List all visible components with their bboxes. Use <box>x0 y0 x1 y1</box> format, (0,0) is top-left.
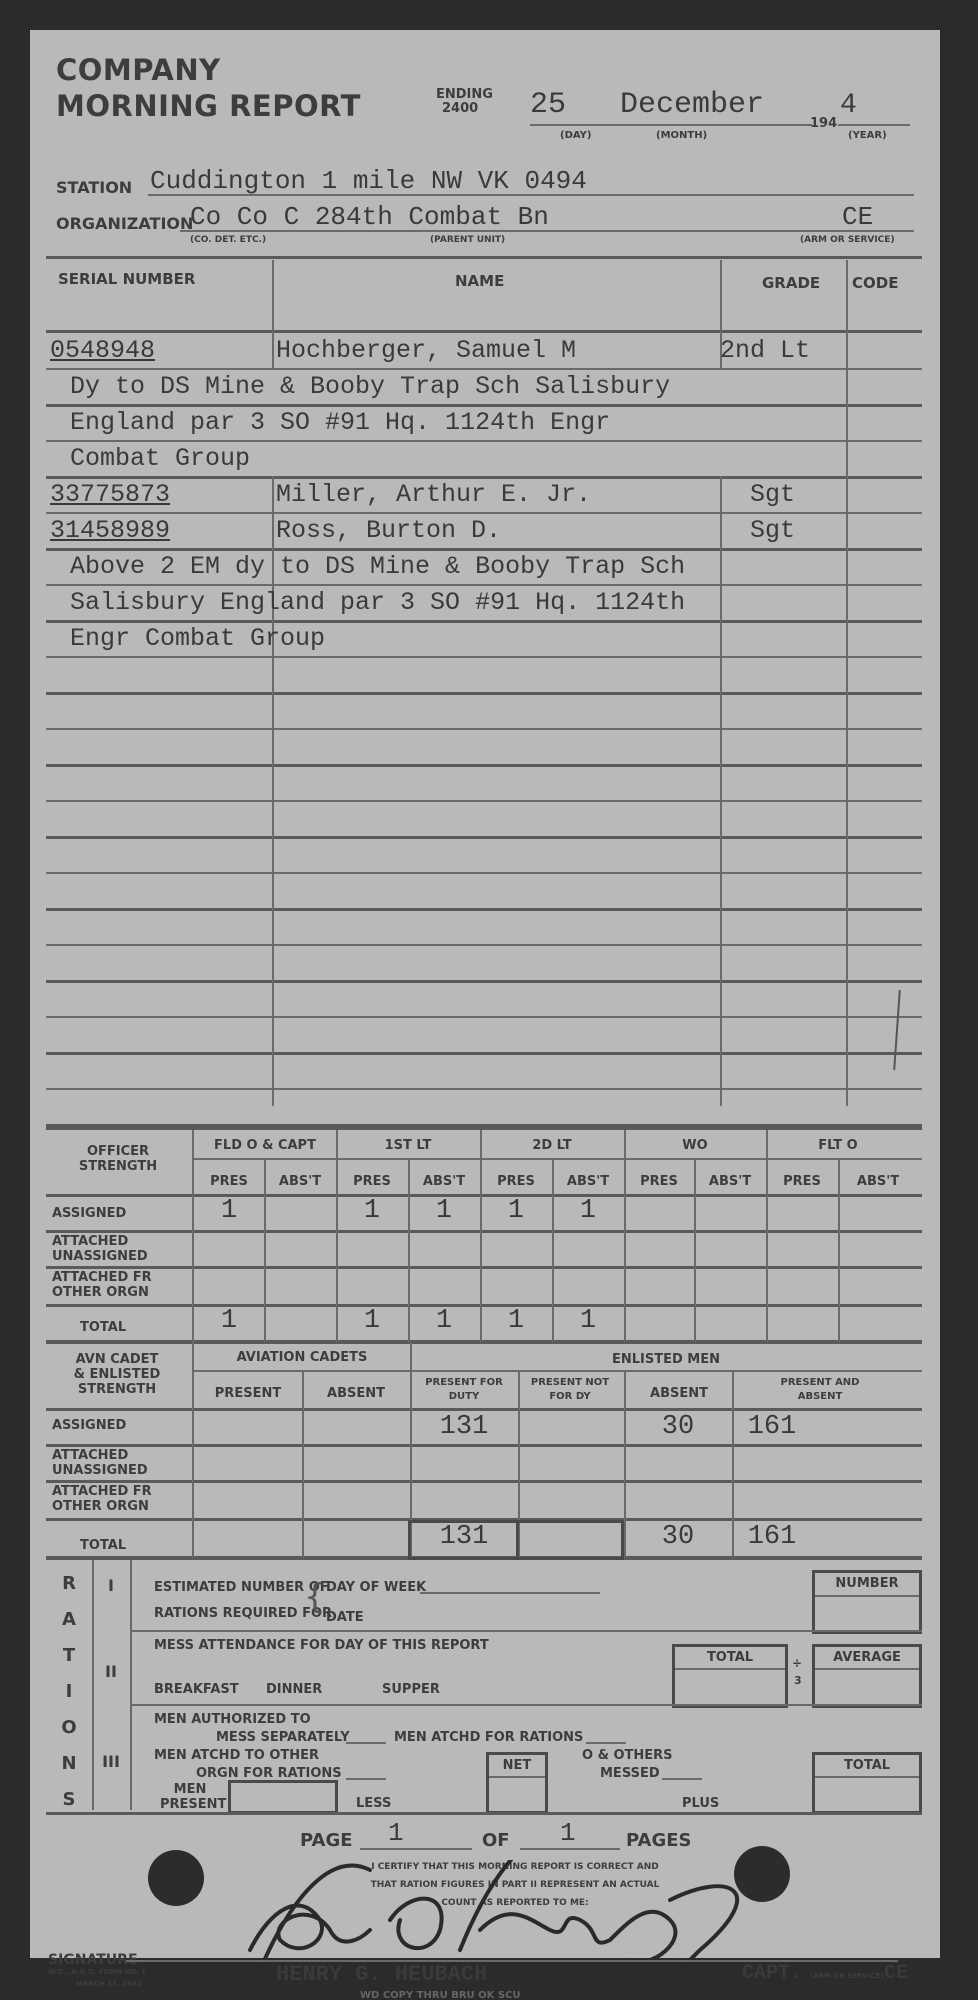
supper-label: SUPPER <box>382 1682 440 1697</box>
soldier-name: Miller, Arthur E. Jr. <box>276 480 591 509</box>
number-label: NUMBER <box>815 1576 919 1591</box>
sub-present-not-for-dy: PRESENT NOT FOR DY <box>520 1376 620 1404</box>
roster-top-border <box>46 256 922 259</box>
page-label: PAGE <box>300 1830 353 1851</box>
officer-cell: 1 <box>336 1196 408 1226</box>
enlisted-absent: 30 <box>624 1412 732 1442</box>
signer-grade: CAPT. <box>742 1962 802 1985</box>
officer-cell: 1 <box>408 1306 480 1336</box>
morning-report-form: COMPANY MORNING REPORT ENDING 2400 25 De… <box>30 30 940 1958</box>
punch-hole <box>148 1850 204 1906</box>
group-fld-o-capt: FLD O & CAPT <box>194 1138 336 1153</box>
station-label: STATION <box>56 178 132 197</box>
report-year: 4 <box>840 90 857 121</box>
day-of-week-field[interactable] <box>420 1592 600 1594</box>
col-grade: GRADE <box>762 274 820 292</box>
organization-label: ORGANIZATION <box>56 214 193 233</box>
remark-line: England par 3 SO #91 Hq. 1124th Engr <box>70 408 610 437</box>
enlisted-total-present-for-duty: 131 <box>410 1522 518 1552</box>
officer-cell: 1 <box>552 1196 624 1226</box>
soldier-name: Ross, Burton D. <box>276 516 501 545</box>
row-line <box>46 512 922 514</box>
row-line <box>46 1088 922 1090</box>
row-line <box>46 980 922 983</box>
caption-parent-unit: (PARENT UNIT) <box>430 235 505 245</box>
station-underline <box>148 194 914 196</box>
row-line <box>46 404 922 407</box>
report-month: December <box>620 88 764 122</box>
mess-separately-label: MESS SEPARATELY <box>216 1730 350 1745</box>
day-of-week-label: DAY OF WEEK <box>326 1580 426 1595</box>
row-line <box>46 944 922 946</box>
month-caption: (MONTH) <box>656 130 707 141</box>
mess-attendance-label: MESS ATTENDANCE FOR DAY OF THIS REPORT <box>154 1638 489 1653</box>
less-label: LESS <box>356 1796 391 1811</box>
sub-absent: ABSENT <box>626 1386 732 1401</box>
group-wo: WO <box>624 1138 766 1153</box>
men-atchd-other-label: MEN ATCHD TO OTHER <box>154 1748 319 1763</box>
page-total: 1 <box>560 1818 576 1848</box>
col-divider <box>846 260 848 330</box>
sub-pres: PRES <box>336 1174 408 1189</box>
rations-side-label: R A T I O N S <box>46 1566 92 1818</box>
remark-line: Above 2 EM dy to DS Mine & Booby Trap Sc… <box>70 552 685 581</box>
caption-arm: (ARM OR SERVICE) <box>800 235 895 245</box>
date-underline <box>530 124 812 126</box>
letter: O <box>46 1710 92 1746</box>
title-line: STRENGTH <box>68 1159 168 1174</box>
label-line: PRESENT <box>160 1797 220 1812</box>
enlisted-present-and-absent: 161 <box>732 1412 812 1442</box>
men-authorized-label: MEN AUTHORIZED TO <box>154 1712 311 1727</box>
brace-icon: { <box>304 1572 326 1622</box>
signer-name: HENRY G. HEUBACH <box>276 1962 487 1987</box>
officer-strength-title: OFFICER STRENGTH <box>68 1144 168 1174</box>
letter: N <box>46 1746 92 1782</box>
soldier-grade: Sgt <box>750 480 795 509</box>
ending-text: ENDING <box>436 88 493 102</box>
date-label: DATE <box>326 1610 364 1625</box>
divide-icon: ÷ <box>792 1656 802 1670</box>
arm-caption: (ARM OR SERVICE) <box>810 1972 884 1980</box>
mess-total-label: TOTAL <box>675 1650 785 1665</box>
ending-time: 2400 <box>436 102 493 116</box>
col-divider <box>272 260 274 330</box>
signer-arm: CE <box>884 1962 908 1985</box>
row-line <box>46 548 922 551</box>
soldier-name: Hochberger, Samuel M <box>276 336 576 365</box>
row-label-total: TOTAL <box>80 1320 126 1335</box>
men-atchd-for-rations-label: MEN ATCHD FOR RATIONS <box>394 1730 583 1745</box>
row-line <box>46 728 922 730</box>
sub-abst: ABS'T <box>264 1174 336 1189</box>
signature-label: SIGNATURE <box>48 1952 138 1968</box>
col-code: CODE <box>852 274 898 292</box>
organization-underline <box>180 230 914 232</box>
officer-cell: 1 <box>194 1196 264 1226</box>
row-line <box>46 368 922 370</box>
row-line <box>46 908 922 911</box>
divide-by: 3 <box>794 1674 802 1687</box>
row-label-assigned: ASSIGNED <box>52 1418 126 1433</box>
year-underline <box>838 124 910 126</box>
row-label-total: TOTAL <box>80 1538 126 1553</box>
officer-cell: 1 <box>552 1306 624 1336</box>
officer-cell: 1 <box>336 1306 408 1336</box>
col-divider <box>720 260 722 330</box>
sub-pres: PRES <box>194 1174 264 1189</box>
officer-cell: 1 <box>480 1306 552 1336</box>
row-line <box>46 476 922 479</box>
col-serial-number: SERIAL NUMBER <box>58 270 195 288</box>
mess-separately-field[interactable] <box>346 1742 386 1744</box>
letter: A <box>46 1602 92 1638</box>
remark-line: Salisbury England par 3 SO #91 Hq. 1124t… <box>70 588 685 617</box>
station-value: Cuddington 1 mile NW VK 0494 <box>150 166 587 196</box>
row-line <box>46 764 922 767</box>
form-title-morning-report: MORNING REPORT <box>56 90 361 122</box>
men-atchd-for-rations-field[interactable] <box>586 1742 626 1744</box>
net-label: NET <box>489 1758 545 1773</box>
year-prefix: 194 <box>810 116 837 131</box>
messed-label: MESSED <box>600 1766 660 1781</box>
sub-present-for-duty: PRESENT FOR DUTY <box>414 1376 514 1404</box>
o-others-label: O & OTHERS <box>582 1748 673 1763</box>
average-label: AVERAGE <box>815 1650 919 1665</box>
soldier-grade: Sgt <box>750 516 795 545</box>
row-line <box>46 620 922 623</box>
sub-pres: PRES <box>480 1174 552 1189</box>
soldier-grade: 2nd Lt <box>720 336 810 365</box>
letter: I <box>46 1674 92 1710</box>
enlisted-present-for-duty: 131 <box>410 1412 518 1442</box>
row-label-attached-fr-other: ATTACHED FR OTHER ORGN <box>52 1270 182 1300</box>
title-line: STRENGTH <box>52 1382 182 1397</box>
of-label: OF <box>482 1830 510 1851</box>
section-i-numeral: I <box>92 1576 130 1595</box>
breakfast-label: BREAKFAST <box>154 1682 239 1697</box>
sub-abst: ABS'T <box>552 1174 624 1189</box>
form-date: MARCH 15, 1943 <box>76 1980 142 1988</box>
report-day: 25 <box>530 88 566 122</box>
title-line: AVN CADET <box>52 1352 182 1367</box>
officer-cell: 1 <box>408 1196 480 1226</box>
page-number: 1 <box>388 1818 404 1848</box>
o-others-messed-field[interactable] <box>662 1778 702 1780</box>
group-aviation-cadets: AVIATION CADETS <box>194 1350 410 1365</box>
sub-pres: PRES <box>766 1174 838 1189</box>
serial-number: 31458989 <box>50 516 170 545</box>
enlisted-total-absent: 30 <box>624 1522 732 1552</box>
day-caption: (DAY) <box>560 130 591 141</box>
officer-cell: 1 <box>194 1306 264 1336</box>
row-line <box>46 656 922 658</box>
men-present-box[interactable] <box>228 1780 338 1814</box>
label-line: MEN <box>160 1782 220 1797</box>
letter: T <box>46 1638 92 1674</box>
caption-co: (CO. DET. ETC.) <box>190 235 266 245</box>
letter: R <box>46 1566 92 1602</box>
men-present-label: MEN PRESENT <box>160 1782 220 1812</box>
row-line <box>46 1052 922 1055</box>
year-caption: (YEAR) <box>848 130 887 141</box>
row-label-attached-fr-other: ATTACHED FR OTHER ORGN <box>52 1484 182 1514</box>
serial-number: 0548948 <box>50 336 155 365</box>
organization-value: Co Co C 284th Combat Bn <box>190 202 549 232</box>
rations-total-label: TOTAL <box>815 1758 919 1773</box>
row-line <box>46 440 922 442</box>
serial-number: 33775873 <box>50 480 170 509</box>
sub-present-and-absent: PRESENT AND ABSENT <box>770 1376 870 1404</box>
section-iii-numeral: III <box>92 1752 130 1771</box>
row-line <box>46 1016 922 1018</box>
sub-abst: ABS'T <box>838 1174 918 1189</box>
orgn-for-rations-field[interactable] <box>346 1778 386 1780</box>
sub-pres: PRES <box>624 1174 694 1189</box>
officer-table-top <box>46 1126 922 1130</box>
ending-label: ENDING 2400 <box>436 88 493 116</box>
sub-present: PRESENT <box>194 1386 302 1401</box>
remark-line: Engr Combat Group <box>70 624 325 653</box>
remark-line: Combat Group <box>70 444 250 473</box>
row-line <box>46 692 922 695</box>
row-line <box>46 836 922 839</box>
row-line <box>46 330 922 333</box>
row-label-assigned: ASSIGNED <box>52 1206 126 1221</box>
sub-abst: ABS'T <box>694 1174 766 1189</box>
enlisted-strength-title: AVN CADET & ENLISTED STRENGTH <box>52 1352 182 1397</box>
group-1st-lt: 1ST LT <box>336 1138 480 1153</box>
row-label-attached-unassigned: ATTACHED UNASSIGNED <box>52 1448 172 1478</box>
section-ii-numeral: II <box>92 1662 130 1681</box>
row-label-attached-unassigned: ATTACHED UNASSIGNED <box>52 1234 172 1264</box>
form-title-company: COMPANY <box>56 54 221 86</box>
plus-label: PLUS <box>682 1796 719 1811</box>
row-line <box>46 800 922 802</box>
form-id: W.D., A.G.O. FORM NO. 1 <box>48 1968 146 1976</box>
group-enlisted-men: ENLISTED MEN <box>410 1352 922 1367</box>
pencil-mark <box>893 990 901 1070</box>
title-line: OFFICER <box>68 1144 168 1159</box>
section-i-label: ESTIMATED NUMBER OF <box>154 1580 329 1595</box>
col-name: NAME <box>455 272 504 290</box>
group-flt-o: FLT O <box>766 1138 910 1153</box>
pages-label: PAGES <box>626 1830 692 1851</box>
copy-note: WD COPY THRU BRU OK SCU <box>360 1990 521 2000</box>
organization-arm: CE <box>842 202 873 232</box>
group-2d-lt: 2D LT <box>480 1138 624 1153</box>
officer-cell: 1 <box>480 1196 552 1226</box>
orgn-for-rations-label: ORGN FOR RATIONS <box>196 1766 342 1781</box>
sub-abst: ABS'T <box>408 1174 480 1189</box>
title-line: & ENLISTED <box>52 1367 182 1382</box>
row-line <box>46 872 922 874</box>
sub-absent: ABSENT <box>302 1386 410 1401</box>
dinner-label: DINNER <box>266 1682 322 1697</box>
remark-line: Dy to DS Mine & Booby Trap Sch Salisbury <box>70 372 670 401</box>
enlisted-total-present-and-absent: 161 <box>732 1522 812 1552</box>
row-line <box>46 584 922 586</box>
